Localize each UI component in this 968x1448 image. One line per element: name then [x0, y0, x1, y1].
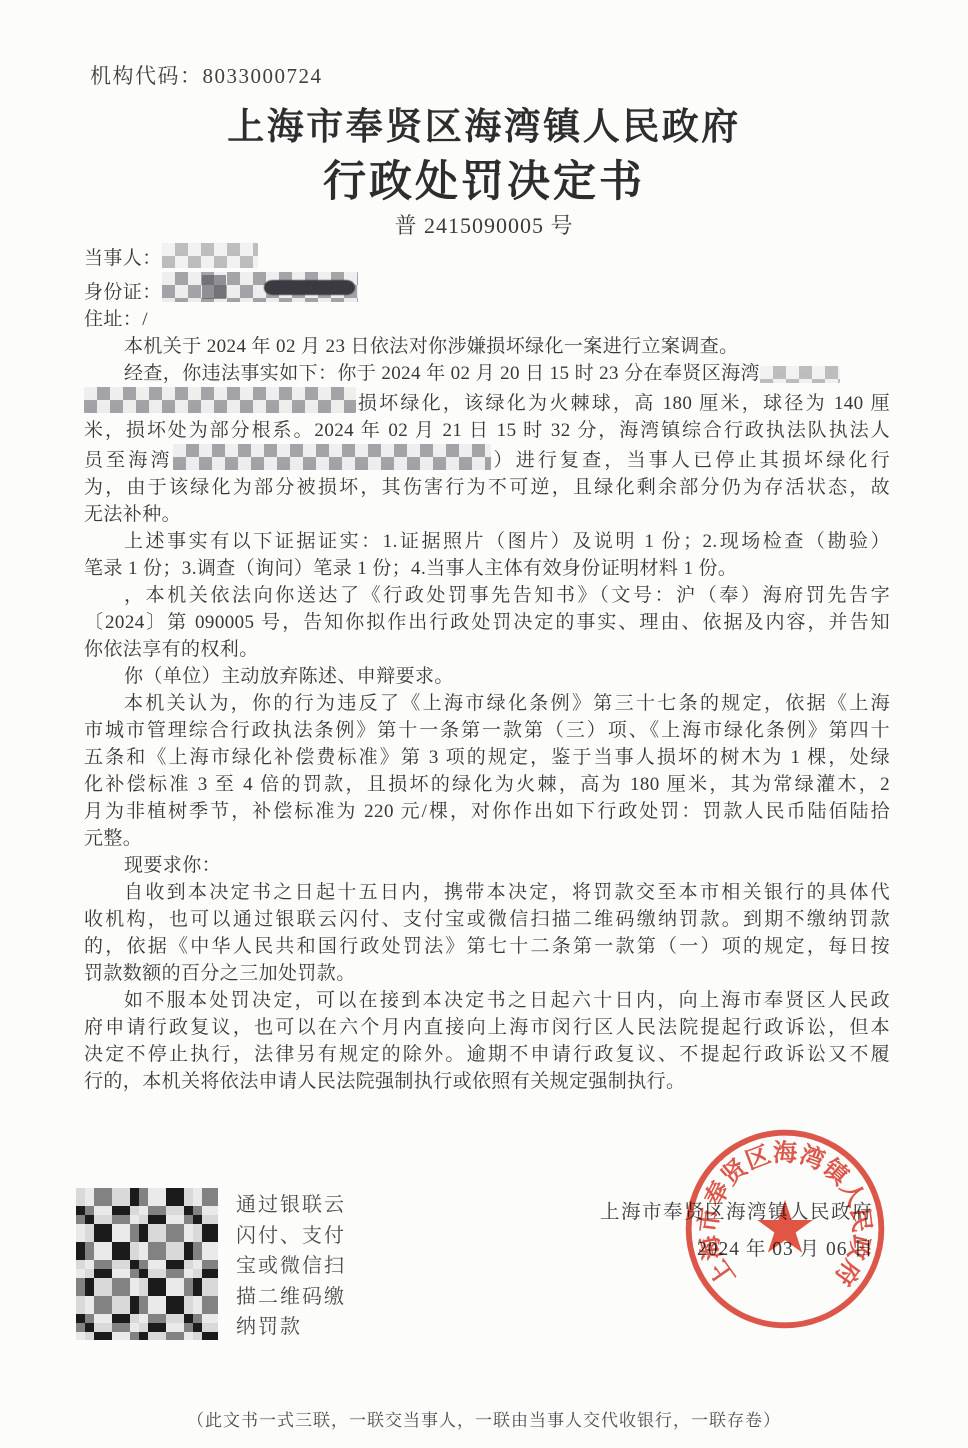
body-line: 你（单位）主动放弃陈述、申辩要求。	[84, 663, 890, 690]
document-number: 普 2415090005 号	[0, 209, 968, 240]
body-text: 的，依据《中华人民共和国行政处罚法》第七十二条第一款第（一）项的规定，每日按	[84, 936, 890, 957]
body-line: 月为非植树季节，补偿标准为 220 元/棵，对你作出如下行政处罚：罚款人民币陆佰…	[84, 798, 890, 825]
body-text: 你（单位）主动放弃陈述、申辩要求。	[124, 666, 454, 687]
body-line: 你依法享有的权利。	[84, 636, 890, 663]
seal-char: 海	[773, 1140, 798, 1167]
body-line: 罚款数额的百分之三加处罚款。	[84, 960, 890, 987]
body-text: 为，由于该绿化为部分被损坏，其伤害行为不可逆，且绿化剩余部分仍为存活状态，故	[84, 477, 890, 498]
body-line: 自收到本决定书之日起十五日内，携带本决定，将罚款交至本市相关银行的具体代	[84, 879, 890, 906]
body-text: 本机关认为，你的行为违反了《上海市绿化条例》第三十七条的规定，依据《上海	[124, 693, 890, 714]
body-text: 笔录 1 份；3.调查（询问）笔录 1 份；4.当事人主体有效身份证明材料 1 …	[84, 558, 737, 579]
address-row: 住址：/	[84, 306, 890, 333]
body-line: 化补偿标准 3 至 4 倍的罚款，且损坏的绿化为火棘，高为 180 厘米，其为常…	[84, 771, 890, 798]
body-text: 决定不停止执行，法律另有规定的除外。逾期不申请行政复议、不提起行政诉讼又不履	[84, 1044, 890, 1065]
redaction-mosaic	[162, 272, 358, 302]
body-line: 为，由于该绿化为部分被损坏，其伤害行为不可逆，且绿化剩余部分仍为存活状态，故	[84, 474, 890, 501]
body-text: 月为非植树季节，补偿标准为 220 元/棵，对你作出如下行政处罚：罚款人民币陆佰…	[84, 801, 890, 822]
org-code: 机构代码：8033000724	[90, 60, 323, 90]
body-line: 〔2024〕第 090005 号，告知你拟作出行政处罚决定的事实、理由、依据及内…	[84, 609, 890, 636]
body-line: 五条和《上海市绿化补偿费标准》第 3 项的规定，鉴于当事人损坏的树木为 1 棵，…	[84, 744, 890, 771]
body-text: 元整。	[84, 828, 142, 849]
body-text: 无法补种。	[84, 504, 181, 525]
body-line: 的，依据《中华人民共和国行政处罚法》第七十二条第一款第（一）项的规定，每日按	[84, 933, 890, 960]
body-line: 上述事实有以下证据证实：1.证据照片（图片）及说明 1 份；2.现场检查（勘验）	[84, 528, 890, 555]
body-text: 损坏绿化，该绿化为火棘球，高 180 厘米，球径为 140 厘	[356, 393, 890, 414]
body-line: 元整。	[84, 825, 890, 852]
distribution-note: （此文书一式三联，一联交当事人，一联由当事人交代收银行，一联存卷）	[0, 1406, 968, 1431]
body-text: 收机构，也可以通过银联云闪付、支付宝或微信扫描二维码缴纳罚款。到期不缴纳罚款	[84, 909, 890, 930]
seal-char: 市	[695, 1207, 725, 1234]
body-line: 本机关认为，你的行为违反了《上海市绿化条例》第三十七条的规定，依据《上海	[84, 690, 890, 717]
body-line: 员至海湾）进行复查，当事人已停止其损坏绿化行	[84, 444, 890, 474]
body-line: 米，损坏处为部分根系。2024 年 02 月 21 日 15 时 32 分，海湾…	[84, 417, 890, 444]
body-text: 如不服本处罚决定，可以在接到本决定书之日起六十日内，向上海市奉贤区人民政	[124, 990, 890, 1011]
party-row: 当事人：	[84, 243, 890, 272]
redaction-mosaic	[173, 444, 491, 470]
body-text: 府申请行政复议，也可以在六个月内直接向上海市闵行区人民法院提起行政诉讼，但本	[84, 1017, 890, 1038]
body-line: 收机构，也可以通过银联云闪付、支付宝或微信扫描二维码缴纳罚款。到期不缴纳罚款	[84, 906, 890, 933]
penalty-decision-document: 机构代码：8033000724 上海市奉贤区海湾镇人民政府 行政处罚决定书 普 …	[0, 0, 968, 1448]
issuing-authority-title: 上海市奉贤区海湾镇人民政府	[0, 96, 968, 150]
body-line: 现要求你：	[84, 852, 890, 879]
body-text: 化补偿标准 3 至 4 倍的罚款，且损坏的绿化为火棘，高为 180 厘米，其为常…	[84, 774, 890, 795]
qr-caption: 通过银联云 闪付、支付 宝或微信扫 描二维码缴 纳罚款	[236, 1190, 366, 1343]
body-text: 行的，本机关将依法申请人民法院强制执行或依照有关规定强制执行。	[84, 1071, 685, 1092]
seal-star-icon	[757, 1200, 813, 1253]
redaction-mosaic	[84, 387, 356, 413]
body-text: ，本机关依法向你送达了《行政处罚事先告知书》（文号：沪（奉）海府罚先告字	[124, 585, 890, 606]
body-text: 你依法享有的权利。	[84, 639, 259, 660]
body-text: 本机关于 2024 年 02 月 23 日依法对你涉嫌损坏绿化一案进行立案调查。	[124, 336, 739, 357]
body-text: 〔2024〕第 090005 号，告知你拟作出行政处罚决定的事实、理由、依据及内…	[84, 612, 890, 633]
body-text: 五条和《上海市绿化补偿费标准》第 3 项的规定，鉴于当事人损坏的树木为 1 棵，…	[84, 747, 890, 768]
official-seal: 上 海 市 奉 贤 区 海 湾 镇 人 民 政 府	[676, 1120, 894, 1338]
body-line: 经查，你违法事实如下：你于 2024 年 02 月 20 日 15 时 23 分…	[84, 360, 890, 387]
body-text: 上述事实有以下证据证实：1.证据照片（图片）及说明 1 份；2.现场检查（勘验）	[124, 531, 890, 552]
body-line: 府申请行政复议，也可以在六个月内直接向上海市闵行区人民法院提起行政诉讼，但本	[84, 1014, 890, 1041]
body-line: 损坏绿化，该绿化为火棘球，高 180 厘米，球径为 140 厘	[84, 387, 890, 417]
body-text: 罚款数额的百分之三加处罚款。	[84, 963, 356, 984]
redaction-mosaic	[162, 243, 258, 268]
body-line: 笔录 1 份；3.调查（询问）笔录 1 份；4.当事人主体有效身份证明材料 1 …	[84, 555, 890, 582]
seal-char: 民	[845, 1207, 875, 1234]
body-line: 无法补种。	[84, 501, 890, 528]
body-line: 市城市管理综合行政执法条例》第十一条第一款第（三）项、《上海市绿化条例》第四十	[84, 717, 890, 744]
body-text: 当事人：	[84, 248, 162, 269]
body-text: 住址：/	[84, 309, 148, 330]
body-text: ）进行复查，当事人已停止其损坏绿化行	[491, 450, 890, 471]
body-line: 行的，本机关将依法申请人民法院强制执行或依照有关规定强制执行。	[84, 1068, 890, 1095]
document-title: 行政处罚决定书	[0, 148, 968, 209]
document-body: 当事人：身份证：住址：/本机关于 2024 年 02 月 23 日依法对你涉嫌损…	[84, 243, 890, 1095]
body-line: 如不服本处罚决定，可以在接到本决定书之日起六十日内，向上海市奉贤区人民政	[84, 987, 890, 1014]
body-line: 决定不停止执行，法律另有规定的除外。逾期不申请行政复议、不提起行政诉讼又不履	[84, 1041, 890, 1068]
body-text: 身份证：	[84, 282, 162, 303]
body-line: 本机关于 2024 年 02 月 23 日依法对你涉嫌损坏绿化一案进行立案调查。	[84, 333, 890, 360]
payment-qr-code-redacted	[76, 1188, 218, 1340]
body-text: 自收到本决定书之日起十五日内，携带本决定，将罚款交至本市相关银行的具体代	[124, 882, 890, 903]
id-row: 身份证：	[84, 272, 890, 306]
body-text: 米，损坏处为部分根系。2024 年 02 月 21 日 15 时 32 分，海湾…	[84, 420, 890, 441]
redaction-mosaic	[760, 366, 840, 383]
body-text: 现要求你：	[124, 855, 221, 876]
seal-char: 海	[695, 1232, 727, 1263]
body-line: ，本机关依法向你送达了《行政处罚事先告知书》（文号：沪（奉）海府罚先告字	[84, 582, 890, 609]
body-text: 经查，你违法事实如下：你于 2024 年 02 月 20 日 15 时 23 分…	[124, 363, 760, 384]
body-text: 市城市管理综合行政执法条例》第十一条第一款第（三）项、《上海市绿化条例》第四十	[84, 720, 890, 741]
body-text: 员至海湾	[84, 450, 173, 471]
